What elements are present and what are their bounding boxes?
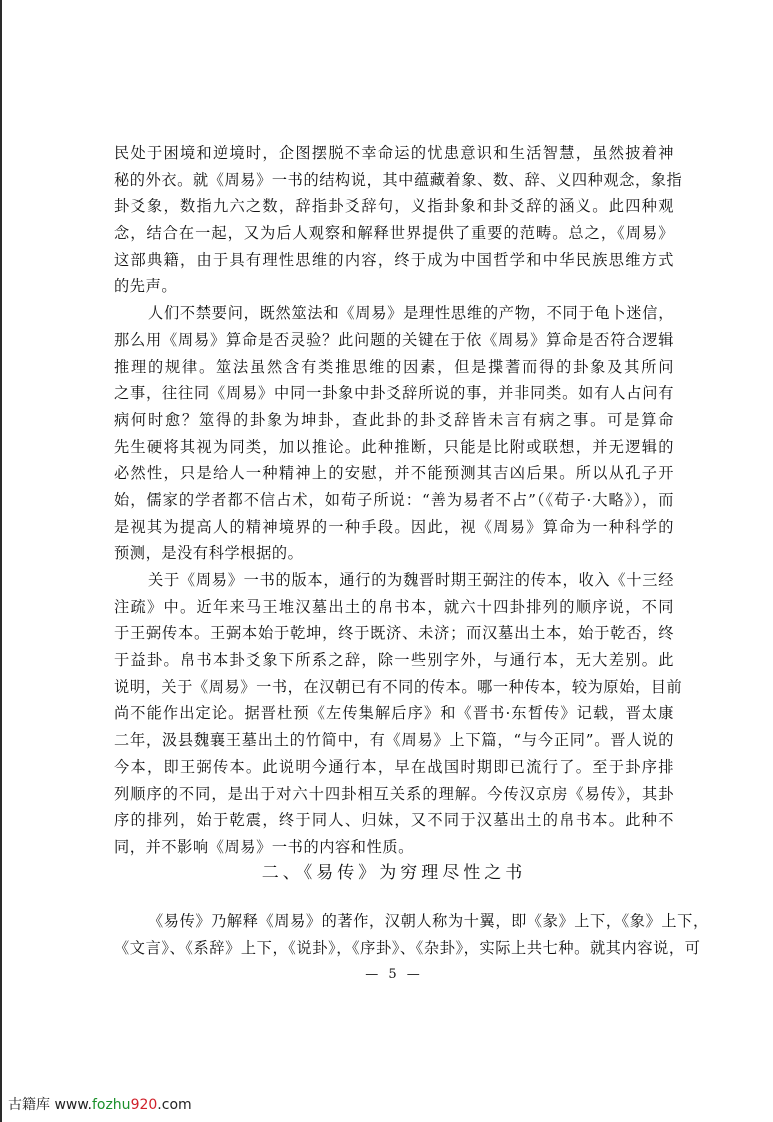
watermark-red-part: 920 — [131, 1097, 158, 1113]
text-line: 《易传》乃解释《周易》的著作，汉朝人称为十翼，即《彖》上下，《象》上下， — [114, 908, 674, 935]
text-line: 《文言》、《系辞》上下，《说卦》，《序卦》、《杂卦》，实际上共七种。就其内容说，… — [114, 935, 674, 962]
text-line: 必然性，只是给人一种精神上的安慰，并不能预测其吉凶后果。所以从孔子开 — [114, 460, 674, 487]
text-line: 人们不禁要问，既然筮法和《周易》是理性思维的产物，不同于龟卜迷信， — [114, 300, 674, 327]
text-line: 关于《周易》一书的版本，通行的为魏晋时期王弼注的传本，收入《十三经 — [114, 567, 674, 594]
text-line: 于王弼传本。王弼本始于乾坤，终于既济、未济；而汉墓出土本，始于乾否，终 — [114, 620, 674, 647]
text-line: 同，并不影响《周易》一书的内容和性质。 — [114, 834, 674, 861]
paragraph: 人们不禁要问，既然筮法和《周易》是理性思维的产物，不同于龟卜迷信， 那么用《周易… — [114, 300, 674, 567]
text-line: 二年，汲县魏襄王墓出土的竹简中，有《周易》上下篇，“与今正同”。晋人说的 — [114, 727, 674, 754]
text-line: 念，结合在一起，又为后人观察和解释世界提供了重要的范畴。总之，《周易》 — [114, 220, 674, 247]
text-line: 秘的外衣。就《周易》一书的结构说，其中蕴藏着象、数、辞、义四种观念，象指 — [114, 167, 674, 194]
text-line: 这部典籍，由于具有理性思维的内容，终于成为中国哲学和中华民族思维方式 — [114, 247, 674, 274]
text-line: 预测，是没有科学根据的。 — [114, 540, 674, 567]
page-edge-bar — [0, 0, 2, 1122]
text-line: 说明，关于《周易》一书，在汉朝已有不同的传本。哪一种传本，较为原始，目前 — [114, 674, 674, 701]
paragraph: 民处于困境和逆境时，企图摆脱不幸命运的忧患意识和生活智慧，虽然披着神 秘的外衣。… — [114, 140, 674, 300]
text-line: 之事，往往同《周易》中同一卦象中卦爻辞所说的事，并非同类。如有人占问有 — [114, 380, 674, 407]
text-line: 注疏》中。近年来马王堆汉墓出土的帛书本，就六十四卦排列的顺序说，不同 — [114, 594, 674, 621]
text-line: 的先声。 — [114, 273, 674, 300]
text-line: 病何时愈？筮得的卦象为坤卦，查此卦的卦爻辞皆未言有病之事。可是算命 — [114, 407, 674, 434]
text-line: 始，儒家的学者都不信占术，如荀子所说：“善为易者不占”（《荀子·大略》），而 — [114, 487, 674, 514]
text-line: 是视其为提高人的精神境界的一种手段。因此，视《周易》算命为一种科学的 — [114, 514, 674, 541]
text-line: 今本，即王弼传本。此说明今通行本，早在战国时期即已流行了。至于卦序排 — [114, 754, 674, 781]
section-heading: 二、《易传》为穷理尽性之书 — [114, 860, 674, 886]
text-line: 民处于困境和逆境时，企图摆脱不幸命运的忧患意识和生活智慧，虽然披着神 — [114, 140, 674, 167]
watermark-green-part: fozhu — [92, 1097, 131, 1113]
text-line: 于益卦。帛书本卦爻象下所系之辞，除一些别字外，与通行本，无大差别。此 — [114, 647, 674, 674]
text-line: 那么用《周易》算命是否灵验？此问题的关键在于依《周易》算命是否符合逻辑 — [114, 327, 674, 354]
body-text-section-1: 民处于困境和逆境时，企图摆脱不幸命运的忧患意识和生活智慧，虽然披着神 秘的外衣。… — [114, 140, 674, 861]
watermark-prefix: 古籍库 www. — [8, 1097, 92, 1113]
page-number: — 5 — — [114, 966, 674, 984]
text-line: 尚不能作出定论。据晋杜预《左传集解后序》和《晋书·东晳传》记载，晋太康 — [114, 700, 674, 727]
text-line: 先生硬将其视为同类，加以推论。此种推断，只能是比附或联想，并无逻辑的 — [114, 434, 674, 461]
text-line: 序的排列，始于乾震，终于同人、归妹，又不同于汉墓出土的帛书本。此种不 — [114, 807, 674, 834]
watermark-suffix: .com — [157, 1097, 191, 1113]
text-line: 卦爻象，数指九六之数，辞指卦爻辞句，义指卦象和卦爻辞的涵义。此四种观 — [114, 193, 674, 220]
text-line: 列顺序的不同，是出于对六十四卦相互关系的理解。今传汉京房《易传》，其卦 — [114, 781, 674, 808]
paragraph: 关于《周易》一书的版本，通行的为魏晋时期王弼注的传本，收入《十三经 注疏》中。近… — [114, 567, 674, 861]
text-line: 推理的规律。筮法虽然含有类推思维的因素，但是揲蓍而得的卦象及其所问 — [114, 354, 674, 381]
site-watermark: 古籍库 www.fozhu920.com — [8, 1094, 192, 1114]
body-text-section-2: 《易传》乃解释《周易》的著作，汉朝人称为十翼，即《彖》上下，《象》上下， 《文言… — [114, 908, 674, 961]
